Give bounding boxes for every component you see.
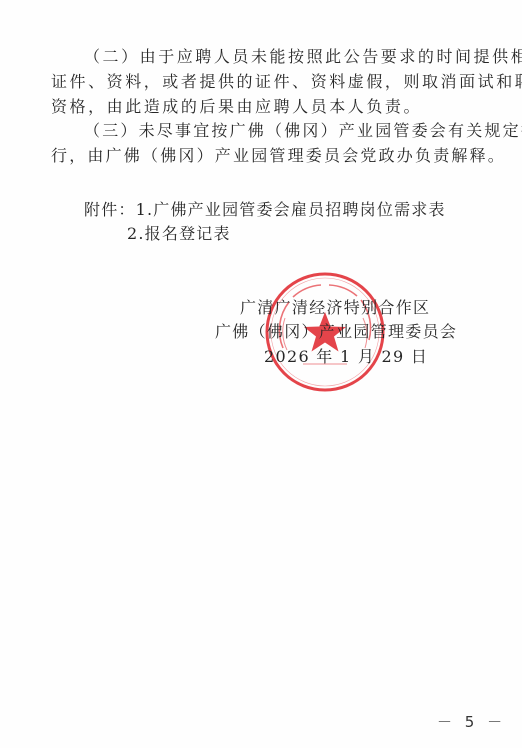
paragraph-3-line-2: 行，由广佛（佛冈）产业园管理委员会党政办负责解释。 [51, 146, 506, 166]
signature-org-line-1: 广清广清经济特别合作区 [240, 298, 430, 318]
signature-date: 2026 年 1 月 29 日 [264, 347, 428, 367]
attachment-item-1: 附件：1.广佛产业园管委会雇员招聘岗位需求表 [84, 200, 446, 220]
paragraph-3-line-1: （三）未尽事宜按广佛（佛冈）产业园管委会有关规定执 [84, 121, 522, 141]
page-number: － 5 － [437, 712, 506, 732]
paragraph-2-line-3: 资格，由此造成的后果由应聘人员本人负责。 [51, 97, 422, 117]
signature-org-line-2: 广佛（佛冈）产业园管理委员会 [215, 322, 457, 342]
attachment-item-2: 2.报名登记表 [127, 224, 231, 244]
paragraph-2-line-2: 证件、资料，或者提供的证件、资料虚假，则取消面试和聘用 [51, 72, 522, 92]
document-page: （二）由于应聘人员未能按照此公告要求的时间提供相关 证件、资料，或者提供的证件、… [0, 0, 522, 748]
paragraph-2-line-1: （二）由于应聘人员未能按照此公告要求的时间提供相关 [84, 47, 522, 67]
